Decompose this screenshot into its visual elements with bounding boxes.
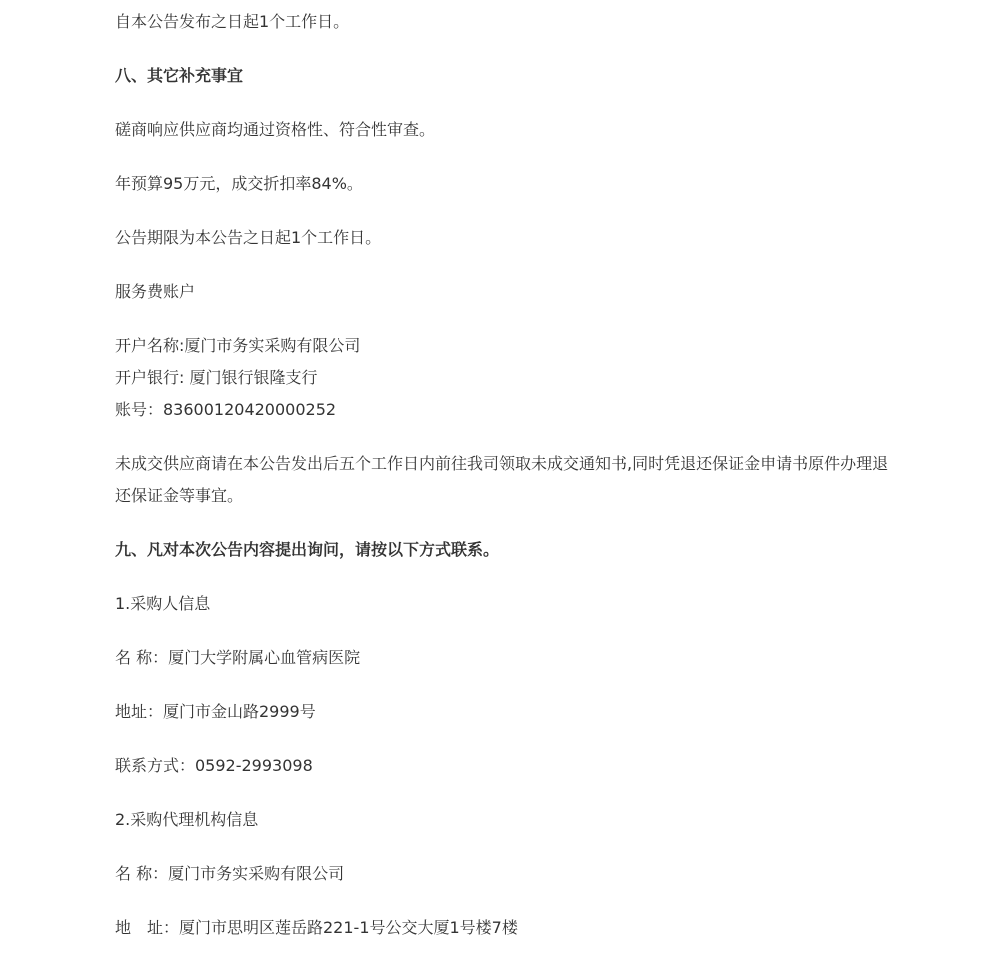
bank-name-text: 开户银行: 厦门银行银隆支行 (115, 368, 317, 388)
purchaser-address-text: 地址：厦门市金山路2999号 (115, 702, 316, 722)
account-name-text: 开户名称:厦门市务实采购有限公司 (115, 336, 360, 356)
agency-name-text: 名 称：厦门市务实采购有限公司 (115, 864, 344, 884)
review-result-text: 磋商响应供应商均通过资格性、符合性审查。 (115, 120, 435, 140)
refund-notice-line-2: 还保证金等事宜。 (115, 486, 243, 506)
section-9-heading: 九、凡对本次公告内容提出询问，请按以下方式联系。 (115, 540, 499, 560)
service-fee-account-title: 服务费账户 (115, 282, 195, 302)
agency-address-text: 地 址：厦门市思明区莲岳路221-1号公交大厦1号楼7楼 (115, 918, 518, 938)
section-8-heading: 八、其它补充事宜 (115, 66, 243, 86)
agency-info-title: 2.采购代理机构信息 (115, 810, 258, 830)
budget-text: 年预算95万元，成交折扣率84%。 (115, 174, 363, 194)
notice-period-text: 公告期限为本公告之日起1个工作日。 (115, 228, 381, 248)
purchaser-name-text: 名 称：厦门大学附属心血管病医院 (115, 648, 360, 668)
account-number-text: 账号：83600120420000252 (115, 400, 336, 420)
purchaser-info-title: 1.采购人信息 (115, 594, 210, 614)
purchaser-contact-text: 联系方式：0592-2993098 (115, 756, 313, 776)
period-text: 自本公告发布之日起1个工作日。 (115, 12, 349, 32)
refund-notice-line-1: 未成交供应商请在本公告发出后五个工作日内前往我司领取未成交通知书,同时凭退还保证… (115, 454, 888, 474)
